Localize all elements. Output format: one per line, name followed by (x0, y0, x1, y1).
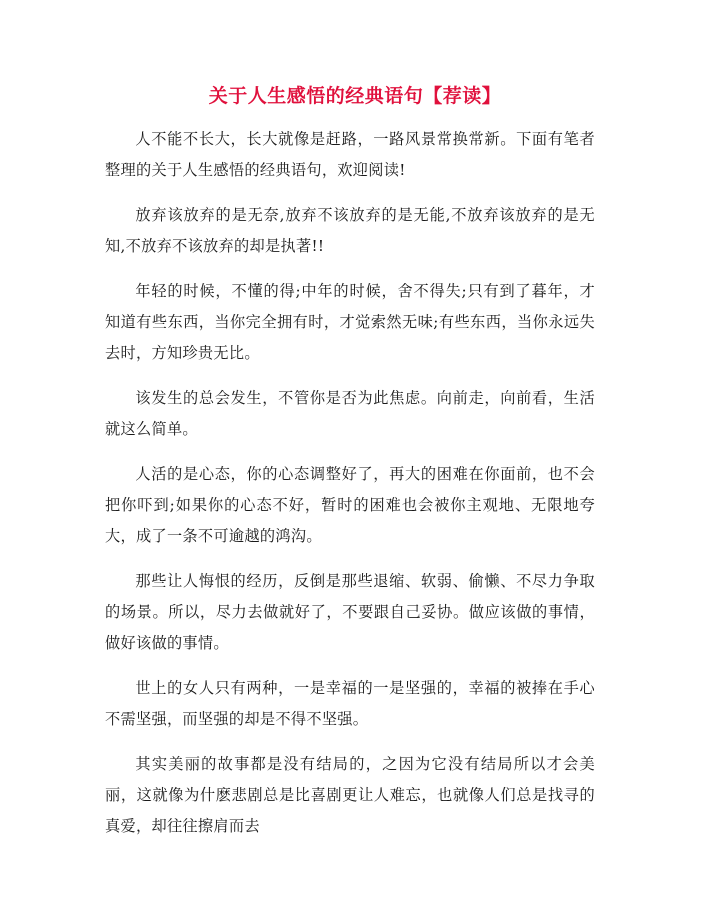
paragraph-youth: 年轻的时候，不懂的得;中年的时候，舍不得失;只有到了暮年，才知道有些东西，当你完… (105, 276, 595, 369)
document-body: 人不能不长大，长大就像是赶路，一路风景常换常新。下面有笔者整理的关于人生感悟的经… (105, 124, 595, 842)
document-page: 关于人生感悟的经典语句【荐读】 人不能不长大，长大就像是赶路，一路风景常换常新。… (0, 0, 710, 920)
paragraph-happens: 该发生的总会发生，不管你是否为此焦虑。向前走，向前看，生活就这么简单。 (105, 383, 595, 445)
paragraph-women: 世上的女人只有两种，一是幸福的一是坚强的，幸福的被捧在手心不需坚强，而坚强的却是… (105, 673, 595, 735)
paragraph-intro: 人不能不长大，长大就像是赶路，一路风景常换常新。下面有笔者整理的关于人生感悟的经… (105, 124, 595, 186)
paragraph-give-up: 放弃该放弃的是无奈,放弃不该放弃的是无能,不放弃该放弃的是无知,不放弃不该放弃的… (105, 200, 595, 262)
paragraph-mindset: 人活的是心态，你的心态调整好了，再大的困难在你面前，也不会把你吓到;如果你的心态… (105, 459, 595, 552)
document-title: 关于人生感悟的经典语句【荐读】 (0, 84, 710, 108)
paragraph-regret: 那些让人悔恨的经历，反倒是那些退缩、软弱、偷懒、不尽力争取的场景。所以，尽力去做… (105, 566, 595, 659)
paragraph-beautiful-story: 其实美丽的故事都是没有结局的，之因为它没有结局所以才会美丽，这就像为什麽悲剧总是… (105, 749, 595, 842)
